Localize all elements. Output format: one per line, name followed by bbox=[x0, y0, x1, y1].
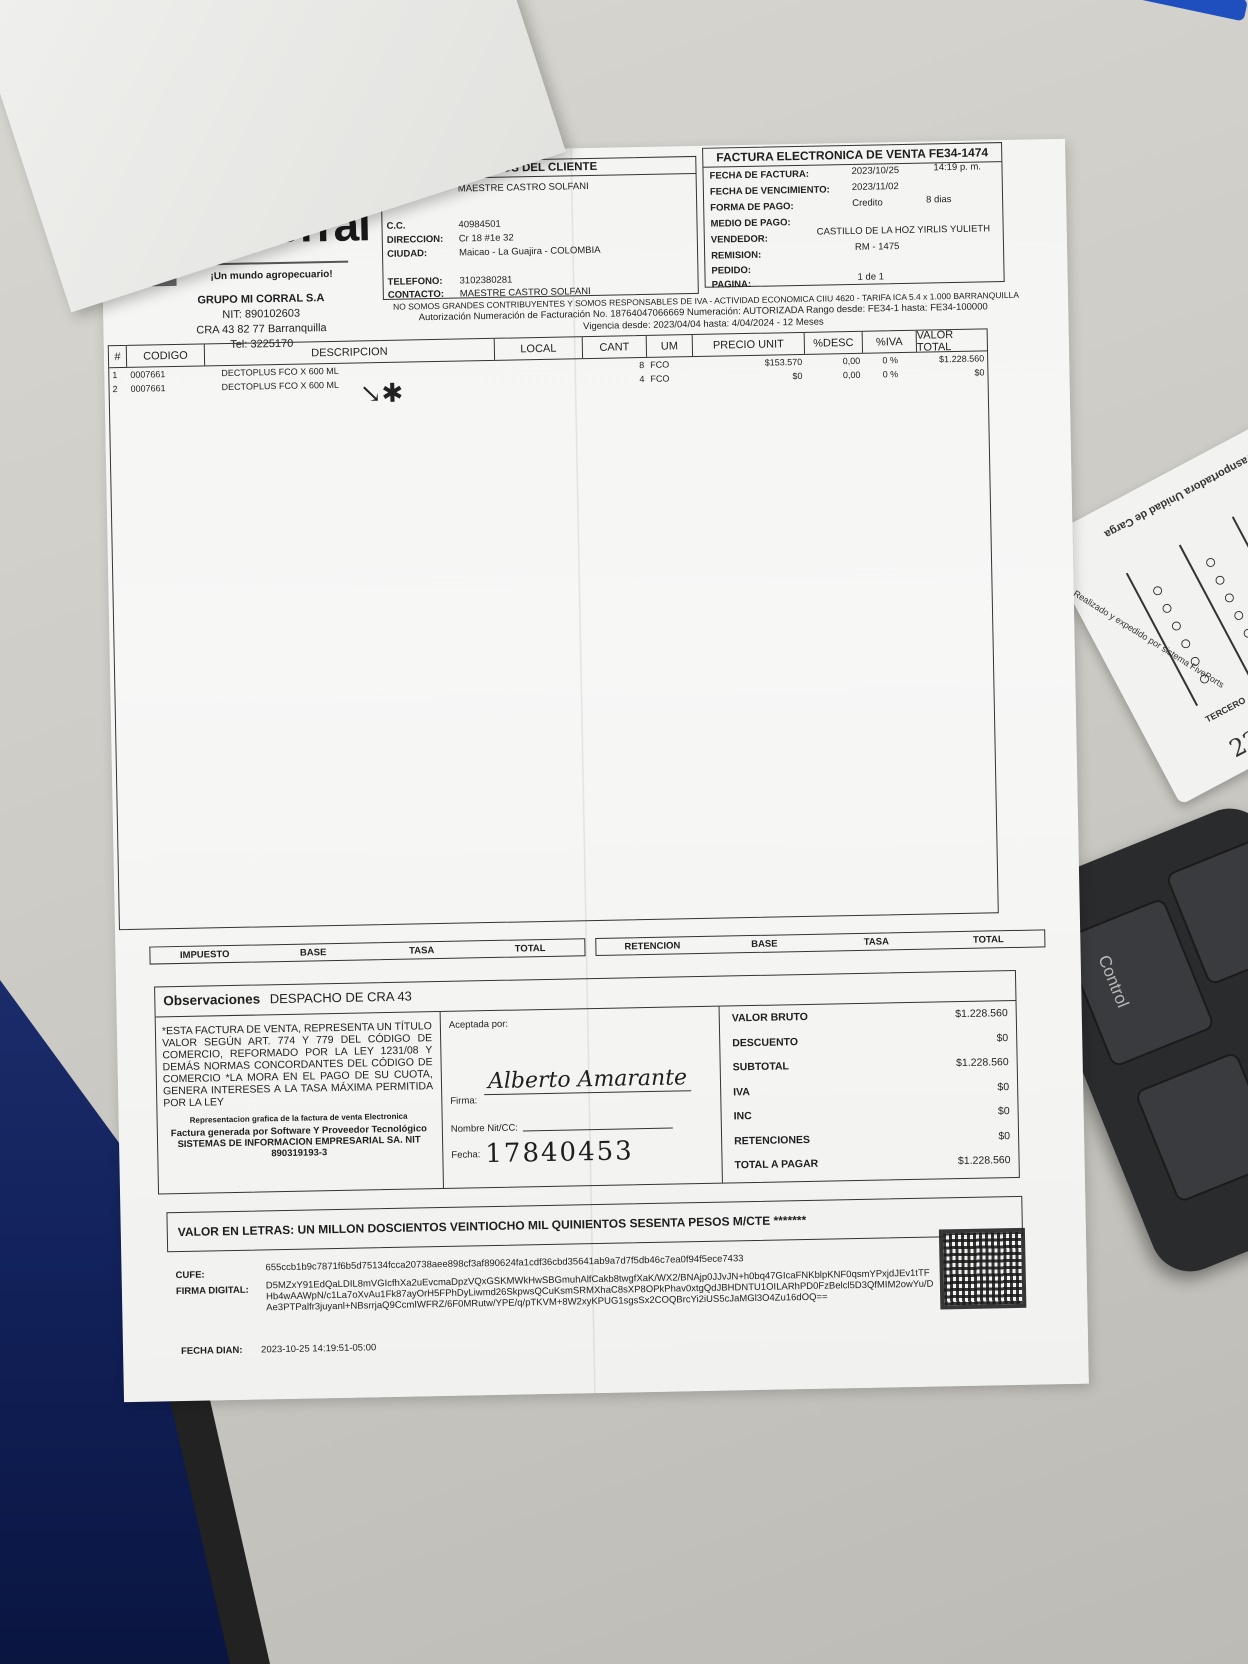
invoice-date: 2023/10/25 bbox=[851, 165, 899, 177]
withholding-summary-header: RETENCION BASE TASA TOTAL bbox=[595, 929, 1045, 956]
col-code: CODIGO bbox=[127, 344, 205, 366]
order-label: PEDIDO: bbox=[711, 265, 751, 277]
client-address-row: DIRECCION:Cr 18 #1e 32 bbox=[387, 232, 514, 245]
col-unit-price: PRECIO UNIT bbox=[693, 333, 805, 356]
invoice-time: 14:19 p. m. bbox=[933, 161, 981, 173]
col-qty: CANT bbox=[583, 336, 647, 358]
client-cc-row: C.C.40984501 bbox=[386, 219, 500, 232]
observations-label: Observaciones bbox=[163, 991, 260, 1008]
handwritten-signature: Alberto Amarante bbox=[484, 1065, 692, 1095]
company-slogan: ¡Un mundo agropecuario! bbox=[210, 269, 332, 282]
page-label: PAGINA: bbox=[712, 279, 752, 291]
seller-name: CASTILLO DE LA HOZ YIRLIS YULIETH bbox=[817, 223, 991, 237]
payment-term: 8 dias bbox=[926, 194, 952, 205]
cufe-label: CUFE: bbox=[176, 1270, 205, 1282]
digital-signature-label: FIRMA DIGITAL: bbox=[176, 1285, 249, 1297]
ticket-handwriting: 2201 bbox=[1225, 710, 1248, 763]
digital-signature-value: D5MZxY91EdQaLDIL8mVGIcfhXa2uEvcmaDpzVQxG… bbox=[266, 1268, 937, 1314]
col-discount: %DESC bbox=[805, 332, 863, 354]
payment-form-label: FORMA DE PAGO: bbox=[710, 201, 794, 214]
dian-date-label: FECHA DIAN: bbox=[181, 1345, 243, 1357]
acceptance-section: Aceptada por: Firma: Alberto Amarante No… bbox=[440, 1007, 723, 1188]
handwritten-mark: ↘✱ bbox=[359, 379, 403, 410]
cufe-section: CUFE: 655ccb1b9c7871f6b5d75134fcca20738a… bbox=[175, 1250, 935, 1265]
items-table: # CODIGO DESCRIPCION LOCAL CANT UM PRECI… bbox=[108, 328, 999, 930]
col-total: VALOR TOTAL bbox=[917, 329, 987, 351]
ticket-column-label: TERCERO bbox=[1204, 695, 1248, 724]
legal-text: *ESTA FACTURA DE VENTA, REPRESENTA UN TÍ… bbox=[162, 1020, 434, 1109]
keyboard-key[interactable] bbox=[1134, 1051, 1248, 1203]
page-value: 1 de 1 bbox=[857, 271, 884, 283]
date-label: Fecha: bbox=[451, 1149, 480, 1161]
invoice-document: Mi Corral ¡Un mundo agropecuario! GRUPO … bbox=[100, 139, 1089, 1402]
remision-label: REMISION: bbox=[711, 250, 761, 262]
accepted-by-label: Aceptada por: bbox=[449, 1019, 508, 1031]
due-date-label: FECHA DE VENCIMIENTO: bbox=[710, 184, 830, 197]
col-iva: %IVA bbox=[863, 331, 917, 353]
tax-summary-header: IMPUESTO BASE TASA TOTAL bbox=[149, 938, 585, 964]
due-date: 2023/11/02 bbox=[852, 181, 899, 193]
col-num: # bbox=[109, 346, 127, 367]
amount-in-words: VALOR EN LETRAS: UN MILLON DOSCIENTOS VE… bbox=[166, 1196, 1023, 1252]
observations-value: DESPACHO DE CRA 43 bbox=[270, 989, 412, 1007]
dian-date: FECHA DIAN: 2023-10-25 14:19:51-05:00 bbox=[181, 1342, 376, 1357]
nit-cc-line bbox=[523, 1128, 673, 1132]
control-key-label: Control bbox=[1093, 952, 1132, 1010]
dian-date-value: 2023-10-25 14:19:51-05:00 bbox=[261, 1342, 376, 1355]
software-provider-note: Representacion grafica de la factura de … bbox=[164, 1110, 435, 1161]
invoice-info-box: FACTURA ELECTRONICA DE VENTA FE34-1474 F… bbox=[702, 142, 1005, 288]
handwritten-id-number: 17840453 bbox=[485, 1136, 634, 1169]
invoice-date-label: FECHA DE FACTURA: bbox=[710, 169, 810, 182]
totals-section: VALOR BRUTO$1.228.560 DESCUENTO$0 SUBTOT… bbox=[722, 1001, 1019, 1178]
col-unit: UM bbox=[647, 335, 693, 357]
col-local: LOCAL bbox=[495, 337, 583, 360]
client-phone-row: TELEFONO:3102380281 bbox=[387, 274, 512, 287]
payment-form: Credito bbox=[852, 197, 883, 209]
qr-code bbox=[939, 1228, 1027, 1310]
remision-value: RM - 1475 bbox=[855, 241, 900, 253]
seller-label: VENDEDOR: bbox=[711, 234, 768, 246]
client-city-row: CIUDAD:Maicao - La Guajira - COLOMBIA bbox=[387, 245, 601, 260]
nit-cc-label: Nombre Nit/CC: bbox=[451, 1123, 518, 1135]
payment-method-label: MEDIO DE PAGO: bbox=[710, 217, 790, 230]
signature-label: Firma: bbox=[450, 1095, 477, 1107]
observations-box: Observaciones DESPACHO DE CRA 43 *ESTA F… bbox=[154, 970, 1020, 1195]
